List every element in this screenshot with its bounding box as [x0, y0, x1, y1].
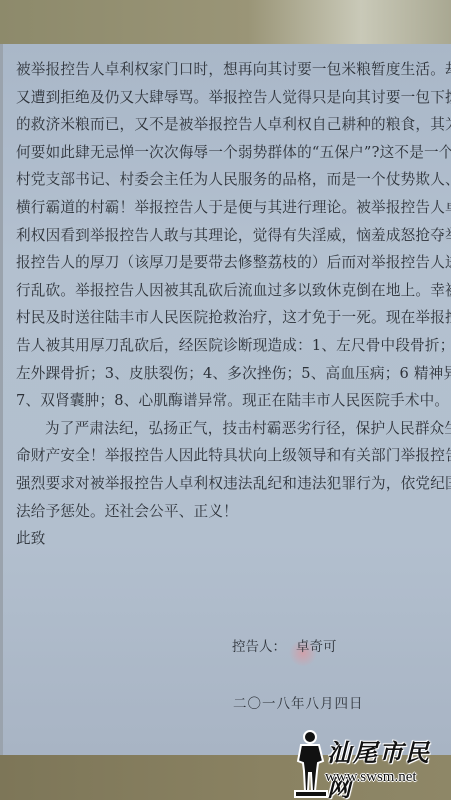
- text-line: 行乱砍。举报控告人因被其乱砍后流血过多以致休克倒在地上。幸被: [16, 277, 436, 305]
- signature-block: 控告人：卓奇可: [232, 635, 337, 655]
- watermark-url: www.swsm.net: [325, 769, 417, 786]
- text-line: 被举报控告人卓利权家门口时，想再向其讨要一包米粮暂度生活。却: [16, 56, 436, 84]
- text-line: 的救济米粮而已，又不是被举报控告人卓利权自己耕种的粮食，其为: [16, 111, 436, 139]
- text-line: 横行霸道的村霸！举报控告人于是便与其进行理论。被举报控告人卓: [16, 194, 436, 222]
- text-line: 又遭到拒绝及仍又大肆辱骂。举报控告人觉得只是向其讨要一包下拨: [16, 84, 436, 112]
- text-line: 村民及时送往陆丰市人民医院抢救治疗，这才免于一死。现在举报控: [16, 304, 436, 332]
- table-surface-top: [0, 0, 451, 46]
- document-date: 二〇一八年八月四日: [233, 692, 364, 712]
- standing-man-silhouette-icon: [293, 729, 329, 799]
- text-line: 村党支部书记、村委会主任为人民服务的品格，而是一个仗势欺人、: [16, 166, 436, 194]
- signature-name: 卓奇可: [296, 639, 337, 655]
- site-watermark: 汕尾市民网 www.swsm.net: [285, 725, 451, 800]
- watermark-title: 汕尾市民网: [327, 733, 451, 800]
- signature-label: 控告人：: [232, 639, 286, 655]
- text-line: 何要如此肆无忌惮一次次侮辱一个弱势群体的“五保户”?这不是一个: [16, 139, 436, 167]
- document-body: 被举报控告人卓利权家门口时，想再向其讨要一包米粮暂度生活。却 又遭到拒绝及仍又大…: [16, 56, 436, 553]
- text-line: 利权因看到举报控告人敢与其理论，觉得有失淫威，恼羞成怒抢夺举: [16, 222, 436, 250]
- text-line: 法给予惩处。还社会公平、正义！: [16, 498, 436, 526]
- text-line-paragraph-start: 为了严肃法纪，弘扬正气，技击村霸恶劣行径，保护人民群众生: [16, 415, 436, 443]
- text-line: 7、双肾囊肿；8、心肌酶谱异常。现正在陆丰市人民医院手术中。: [16, 387, 436, 415]
- closing-salutation: 此致: [16, 525, 436, 553]
- text-line: 报控告人的厚刀（该厚刀是要带去修整荔枝的）后而对举报控告人进: [16, 249, 436, 277]
- text-line: 命财产安全！举报控告人因此特具状向上级领导和有关部门举报控告，: [16, 442, 436, 470]
- text-line: 告人被其用厚刀乱砍后，经医院诊断现造成：1、左尺骨中段骨折；2、: [16, 332, 436, 360]
- text-line: 左外踝骨折；3、皮肤裂伤；4、多次挫伤；5、高血压病；6 精神异常；: [16, 360, 436, 388]
- text-line: 强烈要求对被举报控告人卓利权违法乱纪和违法犯罪行为，依党纪国: [16, 470, 436, 498]
